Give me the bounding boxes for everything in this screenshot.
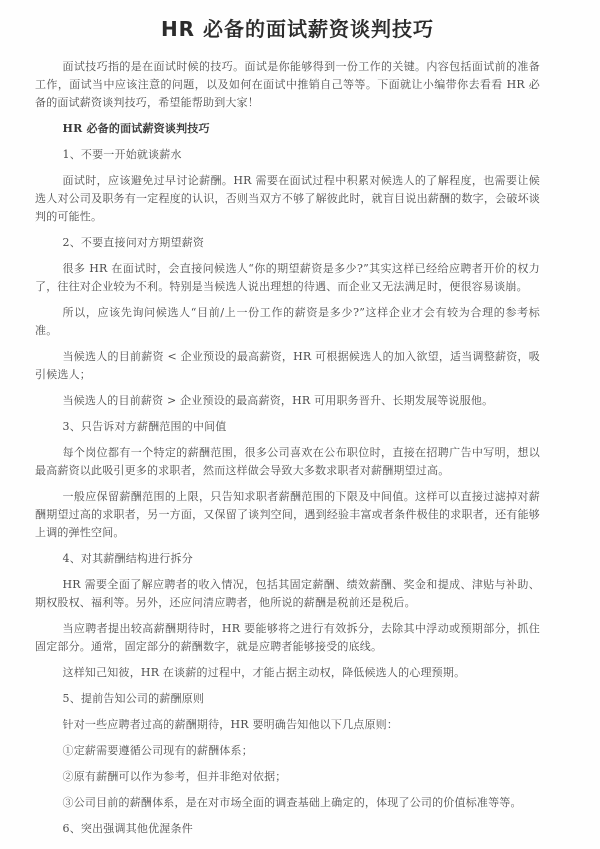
section-2-heading: 2、不要直接问对方期望薪资 [35, 234, 540, 252]
section-5-list-item-3: ③公司目前的薪酬体系，是在对市场全面的调查基础上确定的，体现了公司的价值标准等等… [35, 794, 540, 812]
section-4-heading: 4、对其薪酬结构进行拆分 [35, 550, 540, 568]
section-4-paragraph-1: HR 需要全面了解应聘者的收入情况，包括其固定薪酬、绩效薪酬、奖金和提成、津贴与… [35, 576, 540, 612]
page-title: HR 必备的面试薪资谈判技巧 [45, 14, 550, 44]
section-4-paragraph-2: 当应聘者提出较高薪酬期待时，HR 要能够将之进行有效拆分，去除其中浮动或预期部分… [35, 620, 540, 656]
section-5-heading: 5、提前告知公司的薪酬原则 [35, 690, 540, 708]
section-5-list-item-1: ①定薪需要遵循公司现有的薪酬体系； [35, 742, 540, 760]
section-2-paragraph-3: 当候选人的目前薪资 < 企业预设的最高薪资，HR 可根据候选人的加入欲望，适当调… [35, 348, 540, 384]
section-2-paragraph-2: 所以，应该先询问候选人“目前/上一份工作的薪资是多少?”这样企业才会有较为合理的… [35, 304, 540, 340]
section-5-paragraph-1: 针对一些应聘者过高的薪酬期待，HR 要明确告知他以下几点原则： [35, 716, 540, 734]
section-4-paragraph-3: 这样知己知彼，HR 在谈薪的过程中，才能占据主动权，降低候选人的心理预期。 [35, 664, 540, 682]
document-page: HR 必备的面试薪资谈判技巧 面试技巧指的是在面试时候的技巧。面试是你能够得到一… [0, 0, 600, 849]
section-3-paragraph-2: 一般应保留薪酬范围的上限，只告知求职者薪酬范围的下限及中间值。这样可以直接过滤掉… [35, 488, 540, 542]
section-6-heading: 6、突出强调其他优渥条件 [35, 820, 540, 838]
section-2-paragraph-4: 当候选人的目前薪资 > 企业预设的最高薪资，HR 可用职务晋升、长期发展等说服他… [35, 392, 540, 410]
doc-subtitle: HR 必备的面试薪资谈判技巧 [35, 120, 540, 138]
section-1-paragraph-1: 面试时，应该避免过早讨论薪酬。HR 需要在面试过程中积累对候选人的了解程度，也需… [35, 172, 540, 226]
section-1-heading: 1、不要一开始就谈薪水 [35, 146, 540, 164]
intro-paragraph: 面试技巧指的是在面试时候的技巧。面试是你能够得到一份工作的关键。内容包括面试前的… [35, 58, 540, 112]
section-3-paragraph-1: 每个岗位都有一个特定的薪酬范围，很多公司喜欢在公布职位时，直接在招聘广告中写明，… [35, 444, 540, 480]
section-5-list-item-2: ②原有薪酬可以作为参考，但并非绝对依据； [35, 768, 540, 786]
section-3-heading: 3、只告诉对方薪酬范围的中间值 [35, 418, 540, 436]
section-2-paragraph-1: 很多 HR 在面试时，会直接问候选人“你的期望薪资是多少?”其实这样已经给应聘者… [35, 260, 540, 296]
